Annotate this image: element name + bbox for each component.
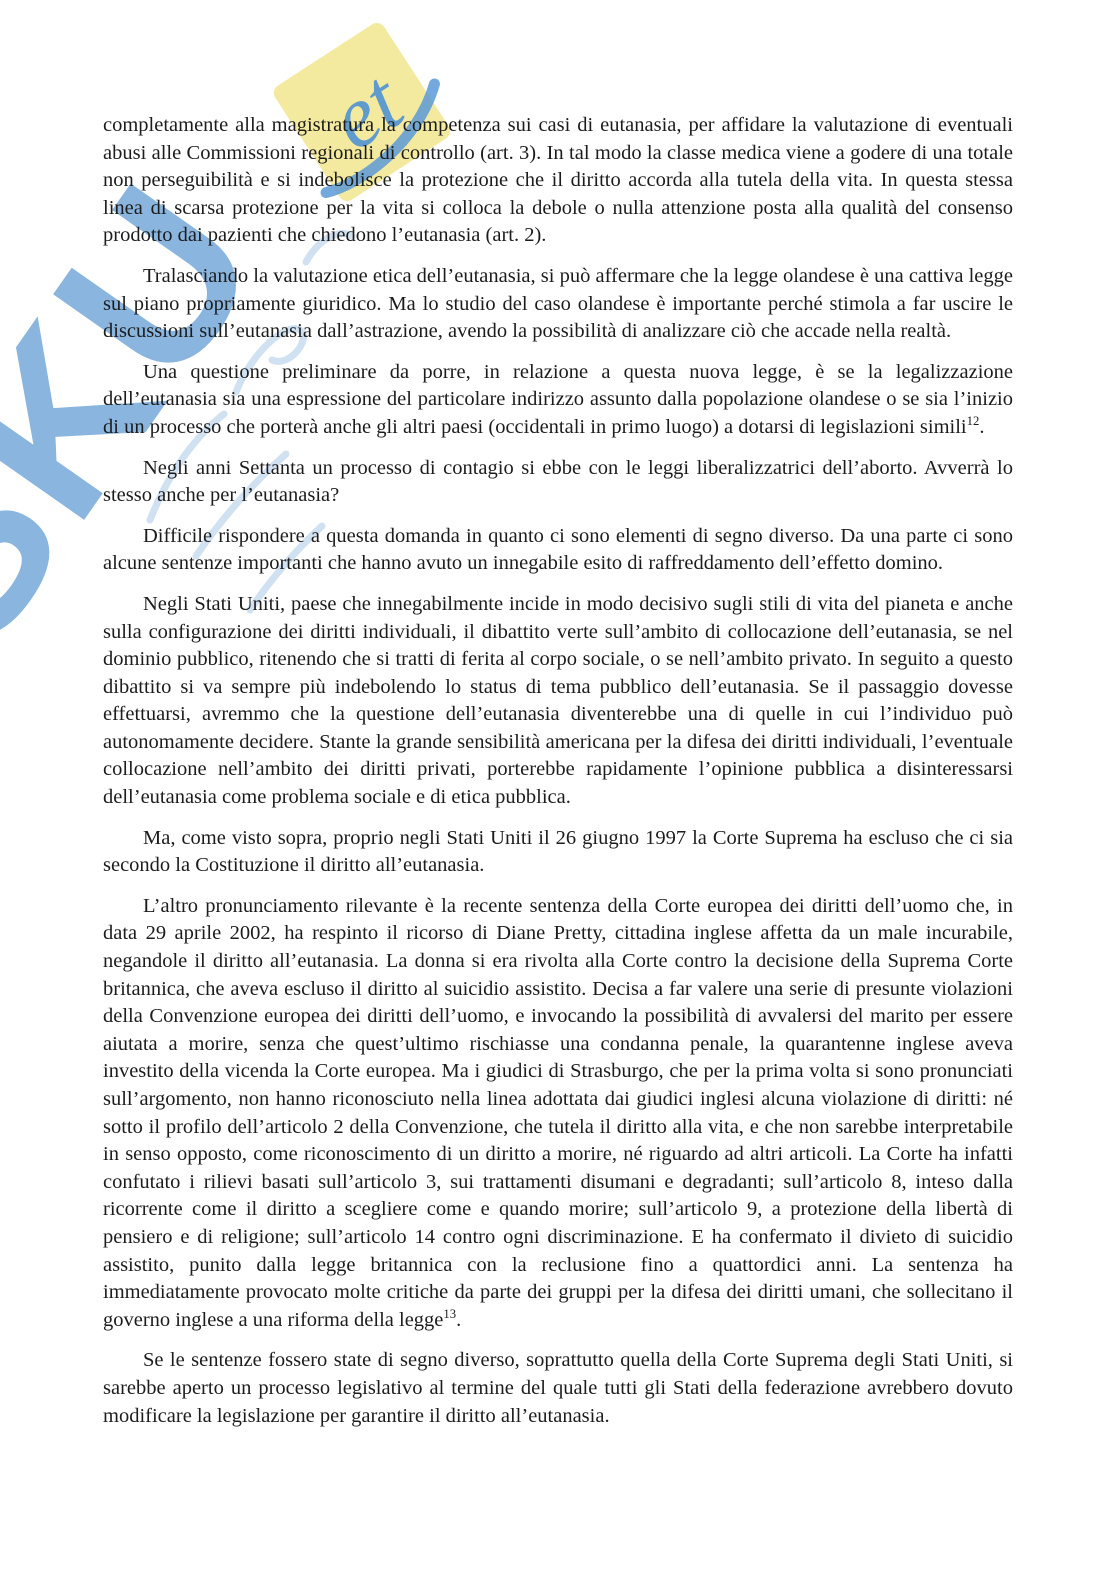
paragraph-5-text: Difficile rispondere a questa domanda in… xyxy=(103,525,1013,575)
paragraph-6-text: Negli Stati Uniti, paese che innegabilme… xyxy=(103,593,1013,808)
document-text: completamente alla magistratura la compe… xyxy=(0,0,1116,1430)
paragraph-6: Negli Stati Uniti, paese che innegabilme… xyxy=(103,591,1013,812)
paragraph-7: Ma, come visto sopra, proprio negli Stat… xyxy=(103,825,1013,880)
paragraph-9-text: Se le sentenze fossero state di segno di… xyxy=(103,1349,1013,1426)
document-page: SKU et completamente alla magistratura l… xyxy=(0,0,1116,1579)
paragraph-9: Se le sentenze fossero state di segno di… xyxy=(103,1347,1013,1430)
paragraph-2-text: Tralasciando la valutazione etica dell’e… xyxy=(103,265,1013,342)
paragraph-3: Una questione preliminare da porre, in r… xyxy=(103,359,1013,442)
paragraph-1: completamente alla magistratura la compe… xyxy=(103,112,1013,250)
paragraph-4: Negli anni Settanta un processo di conta… xyxy=(103,455,1013,510)
paragraph-5: Difficile rispondere a questa domanda in… xyxy=(103,523,1013,578)
paragraph-7-text: Ma, come visto sopra, proprio negli Stat… xyxy=(103,827,1013,877)
paragraph-8-text: L’altro pronunciamento rilevante è la re… xyxy=(103,895,1013,1331)
paragraph-8-after: . xyxy=(456,1309,461,1331)
paragraph-1-text: completamente alla magistratura la compe… xyxy=(103,114,1013,246)
paragraph-3-text: Una questione preliminare da porre, in r… xyxy=(103,361,1013,438)
paragraph-3-after: . xyxy=(979,416,984,438)
paragraph-3-footnote-ref: 12 xyxy=(967,414,980,428)
paragraph-4-text: Negli anni Settanta un processo di conta… xyxy=(103,457,1013,507)
paragraph-2: Tralasciando la valutazione etica dell’e… xyxy=(103,263,1013,346)
paragraph-8-footnote-ref: 13 xyxy=(443,1307,456,1321)
paragraph-8: L’altro pronunciamento rilevante è la re… xyxy=(103,893,1013,1335)
